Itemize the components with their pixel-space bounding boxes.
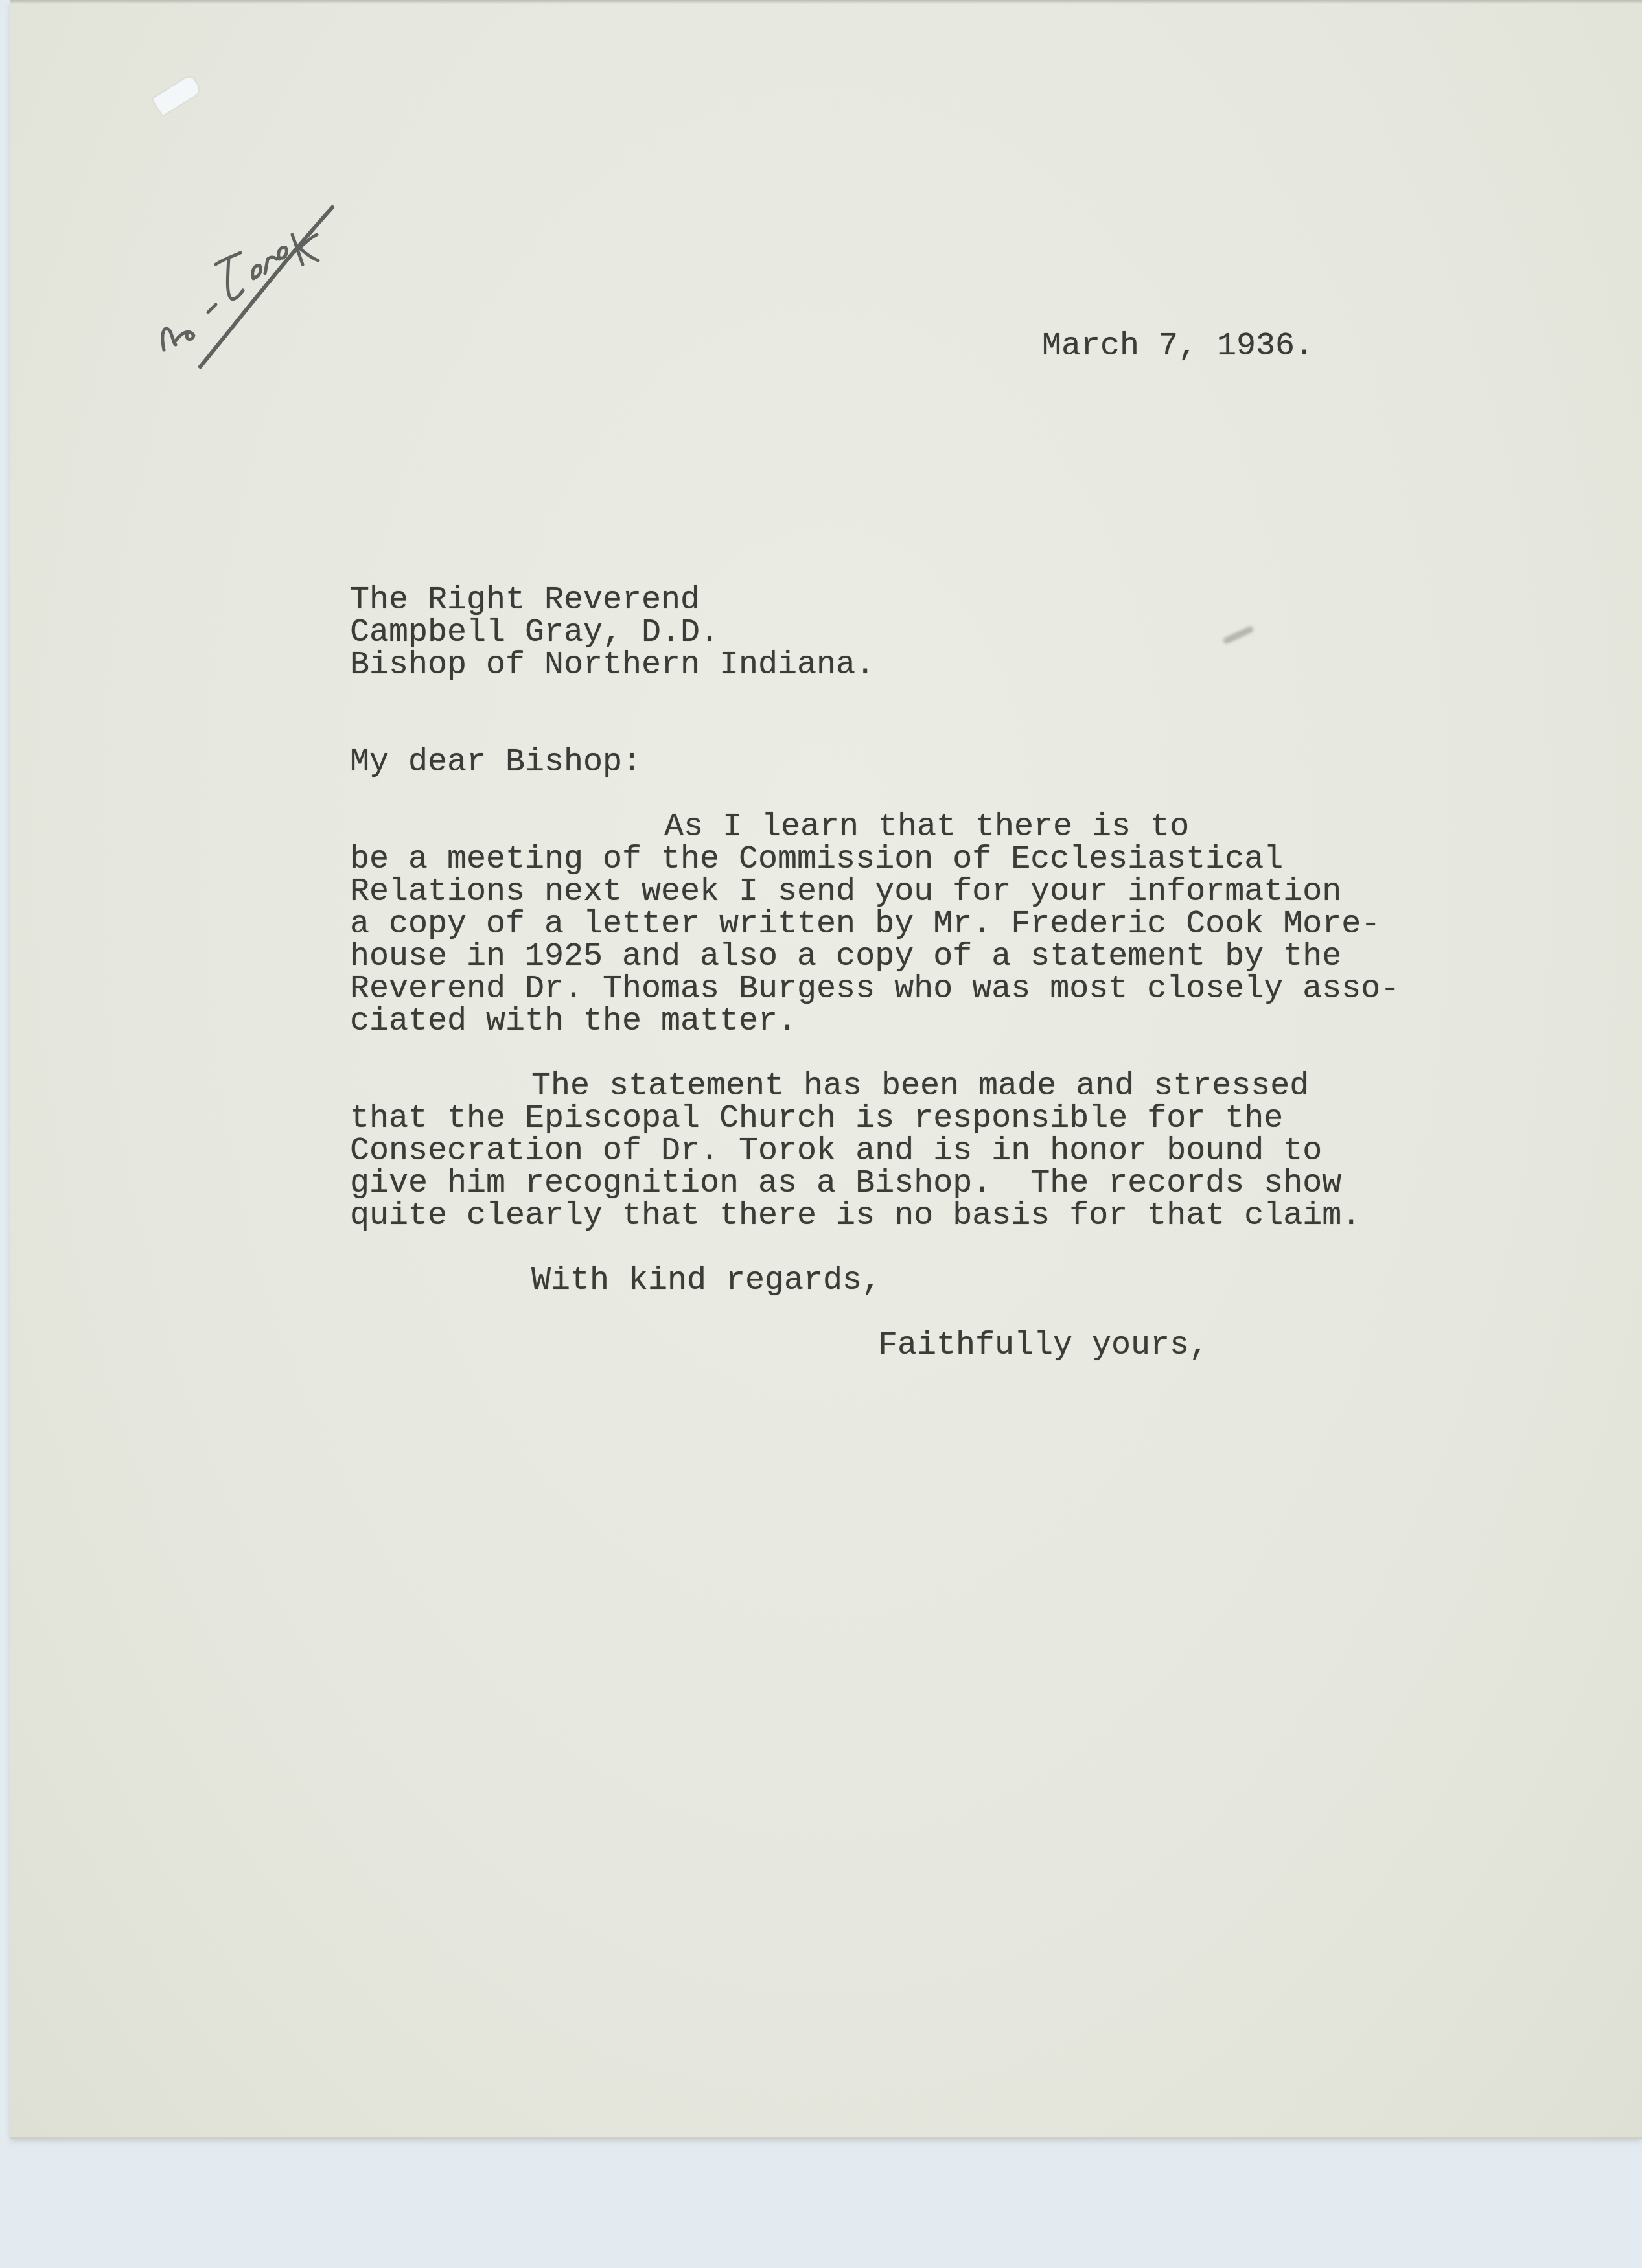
paragraph2-line: give him recognition as a Bishop. The re…	[350, 1168, 1341, 1200]
closing-regards: With kind regards,	[531, 1265, 881, 1297]
recipient-name: Campbell Gray, D.D.	[350, 617, 719, 649]
letter-date: March 7, 1936.	[1042, 330, 1314, 363]
recipient-position: Bishop of Northern Indiana.	[350, 649, 875, 682]
pencil-annotation-re-torok	[156, 162, 344, 376]
paragraph2-line: Consecration of Dr. Torok and is in hono…	[350, 1135, 1322, 1168]
paragraph1-line: house in 1925 and also a copy of a state…	[350, 941, 1341, 973]
paragraph1-line: a copy of a letter written by Mr. Freder…	[350, 908, 1380, 941]
paragraph2-line: The statement has been made and stressed	[531, 1070, 1309, 1103]
salutation: My dear Bishop:	[350, 746, 642, 779]
paragraph1-line: As I learn that there is to	[664, 811, 1189, 844]
closing-signoff: Faithfully yours,	[878, 1330, 1208, 1362]
paragraph1-line: ciated with the matter.	[350, 1006, 797, 1038]
paragraph1-line: Reverend Dr. Thomas Burgess who was most…	[350, 973, 1400, 1006]
letter-page: March 7, 1936. The Right Reverend Campbe…	[10, 0, 1642, 2137]
paragraph1-line: be a meeting of the Commission of Eccles…	[350, 844, 1283, 876]
recipient-title: The Right Reverend	[350, 584, 700, 617]
paper-tear	[152, 75, 201, 116]
paragraph2-line: quite clearly that there is no basis for…	[350, 1200, 1361, 1232]
paragraph2-line: that the Episcopal Church is responsible…	[350, 1103, 1283, 1135]
paragraph1-line: Relations next week I send you for your …	[350, 876, 1341, 908]
pencil-smudge	[1222, 625, 1255, 645]
